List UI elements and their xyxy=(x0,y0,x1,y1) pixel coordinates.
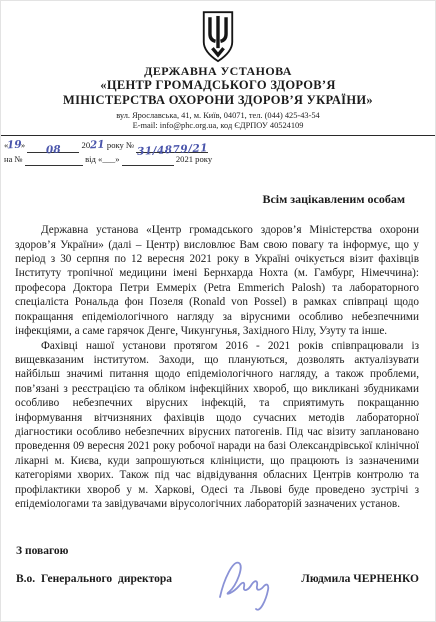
year-label: року № xyxy=(107,140,134,150)
recipient-line: Всім зацікавленим особам xyxy=(1,192,405,207)
paragraph: Державна установа «Центр громадського зд… xyxy=(15,223,419,338)
signature-row: В.о. Генерального директора Людмила ЧЕРН… xyxy=(16,573,419,585)
signer-title: В.о. Генерального директора xyxy=(16,573,172,585)
handwritten-signature xyxy=(212,557,284,615)
paragraph: Фахівці нашої установи протягом 2016 - 2… xyxy=(15,339,419,512)
handwritten-month: 08 xyxy=(46,142,61,159)
closing-salutation: З повагою xyxy=(16,545,435,557)
ukraine-trident-icon xyxy=(199,11,237,63)
date-number-line: «19» 08 2021 року № 31/4879/21 xyxy=(4,137,254,153)
reply-reference-line: на № від «___» 2021 року xyxy=(4,153,254,166)
letterhead-divider xyxy=(1,135,435,136)
signer-name: Людмила ЧЕРНЕНКО xyxy=(301,573,419,585)
org-address: вул. Ярославська, 41, м. Київ, 04071, те… xyxy=(1,111,435,122)
reply-prefix: на № xyxy=(4,154,23,164)
org-contact: E-mail: info@phc.org.ua, код ЄДРПОУ 4052… xyxy=(1,121,435,132)
org-type: ДЕРЖАВНА УСТАНОВА xyxy=(1,65,435,78)
scanned-letter-page: ДЕРЖАВНА УСТАНОВА «ЦЕНТР ГРОМАДСЬКОГО ЗД… xyxy=(0,0,436,622)
reply-mid: від «___» xyxy=(85,154,119,164)
month-blank: 08 xyxy=(27,142,79,153)
org-name-line2: МІНІСТЕРСТВА ОХОРОНИ ЗДОРОВ’Я УКРАЇНИ» xyxy=(1,94,435,108)
handwritten-day: 19 xyxy=(7,136,22,153)
reference-block: «19» 08 2021 року № 31/4879/21 на № від … xyxy=(4,137,254,167)
number-blank: 31/4879/21 xyxy=(136,142,208,153)
org-name-line1: «ЦЕНТР ГРОМАДСЬКОГО ЗДОРОВ’Я xyxy=(1,79,435,93)
letterhead: ДЕРЖАВНА УСТАНОВА «ЦЕНТР ГРОМАДСЬКОГО ЗД… xyxy=(1,1,435,132)
handwritten-year: 21 xyxy=(90,136,105,153)
letter-body: Державна установа «Центр громадського зд… xyxy=(15,223,419,511)
